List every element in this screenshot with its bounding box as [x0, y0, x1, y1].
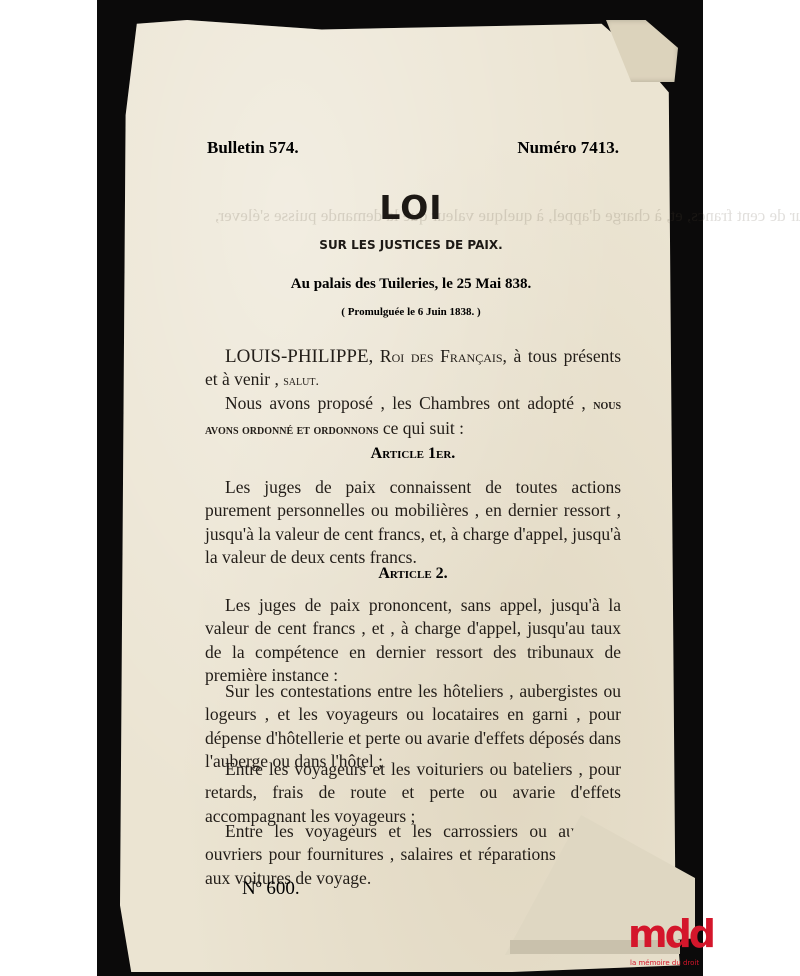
numero: Numéro 7413.: [517, 138, 619, 158]
enactment-formula: Nous avons proposé , les Chambres ont ad…: [205, 392, 621, 443]
logo-tagline: la mémoire du droit: [630, 959, 699, 967]
king-title: Roi des Français,: [380, 346, 507, 366]
article-1-heading: Article 1er.: [205, 445, 621, 463]
king-name: LOUIS-PHILIPPE,: [225, 346, 373, 367]
document-title: LOI: [205, 188, 617, 227]
salut: salut.: [283, 374, 319, 389]
article-2-paragraph-3: Entre les voyageurs et les voituriers ou…: [205, 758, 621, 828]
place-date: Au palais des Tuileries, le 25 Mai 838.: [205, 276, 617, 293]
mdd-logo: mdd la mémoire du droit: [628, 918, 700, 976]
article-2-paragraph-1: Les juges de paix prononcent, sans appel…: [205, 594, 621, 687]
article-1-paragraph: Les juges de paix connaissent de toutes …: [205, 476, 621, 569]
preamble: LOUIS-PHILIPPE, Roi des Français, à tous…: [205, 345, 621, 394]
logo-mark: mdd: [628, 912, 713, 956]
promulgation-date: ( Promulguée le 6 Juin 1838. ): [205, 306, 617, 318]
bulletin-number: Bulletin 574.: [207, 138, 299, 158]
document-subtitle: SUR LES JUSTICES DE PAIX.: [205, 238, 617, 252]
page-number: Nº 600.: [242, 878, 300, 900]
article-2-heading: Article 2.: [205, 565, 621, 583]
